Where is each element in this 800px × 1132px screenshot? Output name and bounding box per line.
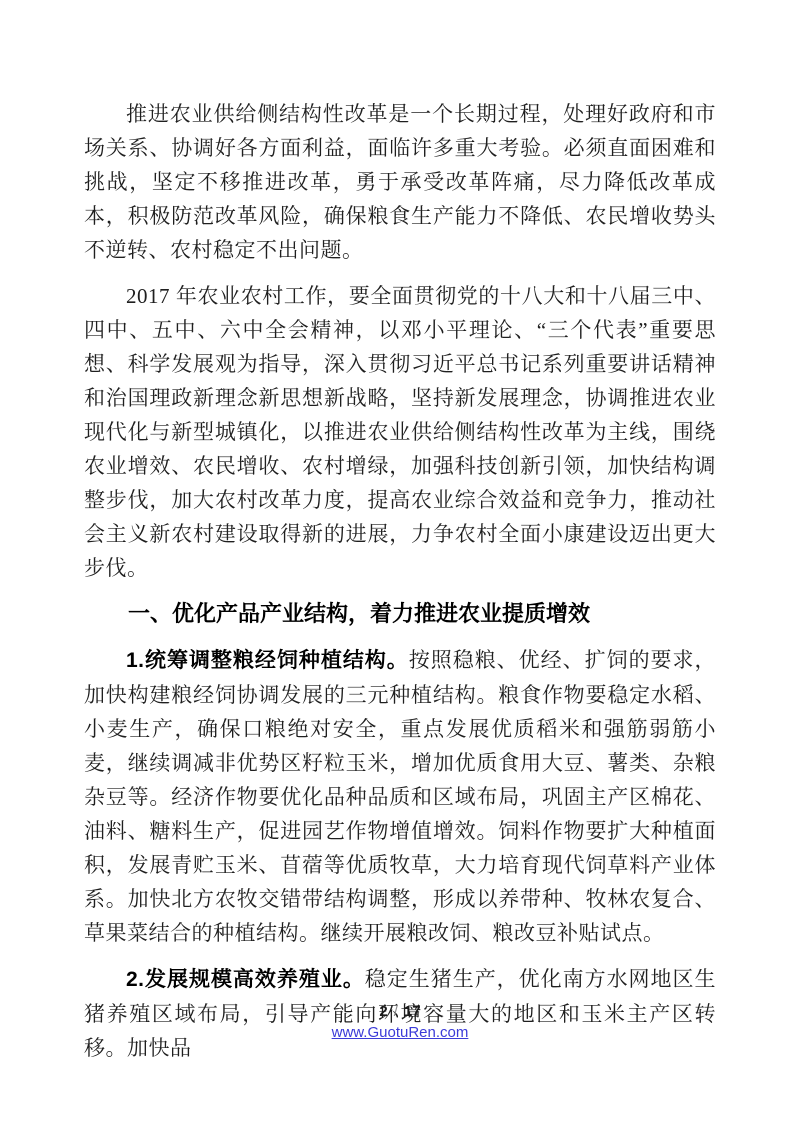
page-total: 17	[404, 1003, 421, 1020]
page-number-indicator: 2/17	[0, 1003, 800, 1020]
section1-item2-lead: 2.发展规模高效养殖业。	[126, 968, 365, 991]
page-separator: /	[388, 1003, 404, 1020]
page-footer: 2/17 www.GuotuRen.com	[0, 1003, 800, 1042]
section1-item1-lead: 1.统筹调整粮经饲种植结构。	[126, 649, 409, 672]
page-current: 2	[379, 1003, 387, 1020]
section-heading-1: 一、优化产品产业结构，着力推进农业提质增效	[84, 597, 716, 631]
website-link[interactable]: www.GuotuRen.com	[332, 1024, 469, 1041]
section1-item1-paragraph: 1.统筹调整粮经饲种植结构。按照稳粮、优经、扩饲的要求，加快构建粮经饲协调发展的…	[84, 643, 716, 950]
intro-paragraph: 推进农业供给侧结构性改革是一个长期过程，处理好政府和市场关系、协调好各方面利益，…	[84, 97, 716, 267]
section1-item1-text: 按照稳粮、优经、扩饲的要求，加快构建粮经饲协调发展的三元种植结构。粮食作物要稳定…	[84, 648, 716, 945]
document-body: 推进农业供给侧结构性改革是一个长期过程，处理好政府和市场关系、协调好各方面利益，…	[84, 97, 716, 1065]
guideline-paragraph: 2017 年农业农村工作，要全面贯彻党的十八大和十八届三中、四中、五中、六中全会…	[84, 279, 716, 585]
